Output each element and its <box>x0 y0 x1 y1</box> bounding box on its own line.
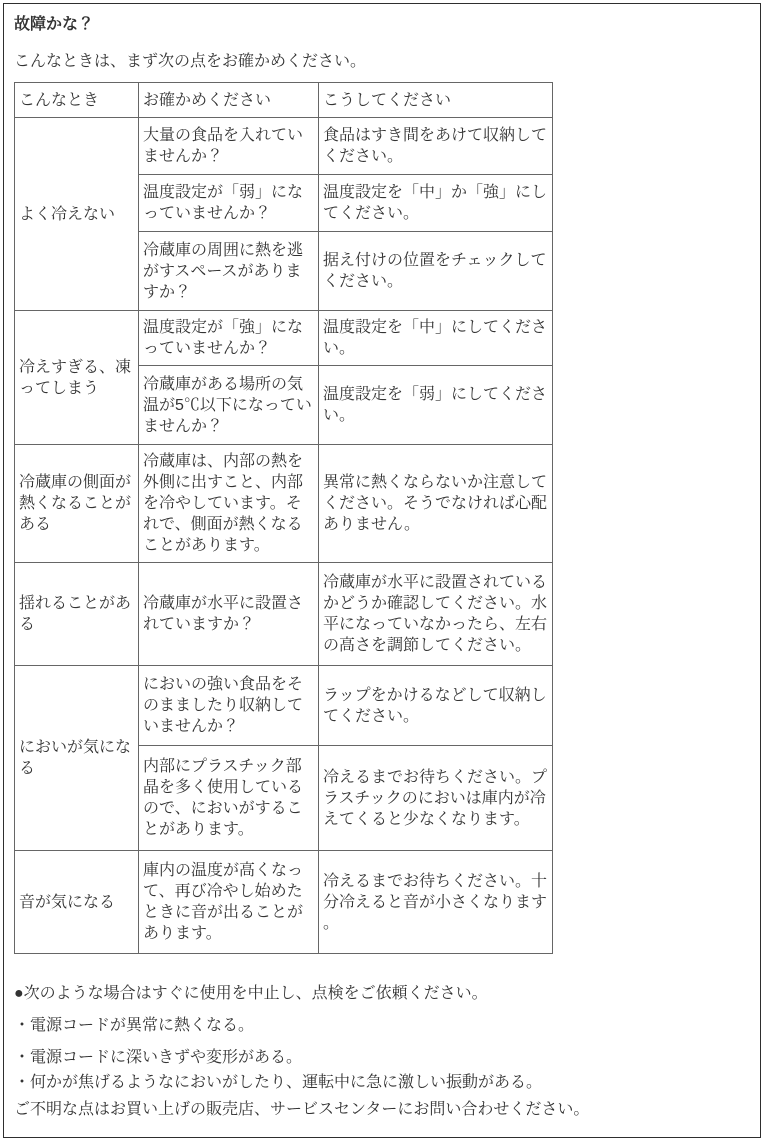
check-cell: 温度設定が「強」になっていませんか？ <box>139 311 319 366</box>
symptom-cell: 冷えすぎる、凍ってしまう <box>15 311 139 445</box>
action-cell: 冷えるまでお待ちください。十分冷えると音が小さくなります。 <box>319 851 553 954</box>
manual-page: 故障かな？ こんなときは、まず次の点をお確かめください。 こんなとき お確かめく… <box>3 3 761 1138</box>
warning-item: ・何かが焦げるようなにおいがしたり、運転中に急に激しい振動がある。 <box>14 1072 754 1093</box>
symptom-cell: 音が気になる <box>15 851 139 954</box>
check-cell: 冷蔵庫がある場所の気温が5℃以下になっていませんか？ <box>139 366 319 445</box>
warning-item: ・電源コードに深いきずや変形がある。 <box>14 1047 754 1068</box>
table-header-row: こんなとき お確かめください こうしてください <box>15 83 553 118</box>
action-cell: 据え付けの位置をチェックしてください。 <box>319 232 553 311</box>
stop-use-warning: ●次のような場合はすぐに使用を中止し、点検をご依頼ください。 <box>14 983 754 1004</box>
page-title: 故障かな？ <box>14 14 754 35</box>
check-cell: においの強い食品をそのまましたり収納していませんか？ <box>139 666 319 746</box>
check-cell: 冷蔵庫は、内部の熱を外側に出すこと、内部を冷やしています。それで、側面が熱くなる… <box>139 445 319 563</box>
check-cell: 大量の食品を入れていませんか？ <box>139 118 319 175</box>
symptom-cell: よく冷えない <box>15 118 139 311</box>
header-action: こうしてください <box>319 83 553 118</box>
action-cell: 異常に熱くならないか注意してください。そうでなければ心配ありません。 <box>319 445 553 563</box>
action-cell: 温度設定を「中」にしてください。 <box>319 311 553 366</box>
action-cell: 温度設定を「中」か「強」にしてください。 <box>319 175 553 232</box>
check-cell: 温度設定が「弱」になっていませんか？ <box>139 175 319 232</box>
check-cell: 庫内の温度が高くなって、再び冷やし始めたときに音が出ることがあります。 <box>139 851 319 954</box>
check-cell: 冷蔵庫が水平に設置されていますか？ <box>139 563 319 666</box>
table-row: 冷蔵庫の側面が熱くなることがある 冷蔵庫は、内部の熱を外側に出すこと、内部を冷や… <box>15 445 553 563</box>
intro-text: こんなときは、まず次の点をお確かめください。 <box>14 51 754 72</box>
action-cell: 冷えるまでお待ちください。プラスチックのにおいは庫内が冷えてくると少なくなります… <box>319 746 553 851</box>
symptom-cell: 揺れることがある <box>15 563 139 666</box>
troubleshooting-table: こんなとき お確かめください こうしてください よく冷えない 大量の食品を入れて… <box>14 82 553 954</box>
header-check: お確かめください <box>139 83 319 118</box>
table-row: 音が気になる 庫内の温度が高くなって、再び冷やし始めたときに音が出ることがありま… <box>15 851 553 954</box>
symptom-cell: 冷蔵庫の側面が熱くなることがある <box>15 445 139 563</box>
contact-note: ご不明な点はお買い上げの販売店、サービスセンターにお問い合わせください。 <box>14 1099 754 1120</box>
action-cell: 食品はすき間をあけて収納してください。 <box>319 118 553 175</box>
action-cell: 温度設定を「弱」にしてください。 <box>319 366 553 445</box>
table-row: においが気になる においの強い食品をそのまましたり収納していませんか？ ラップを… <box>15 666 553 746</box>
action-cell: ラップをかけるなどして収納してください。 <box>319 666 553 746</box>
check-cell: 内部にプラスチック部晶を多く使用しているので、においがすることがあります。 <box>139 746 319 851</box>
table-row: よく冷えない 大量の食品を入れていませんか？ 食品はすき間をあけて収納してくださ… <box>15 118 553 175</box>
table-row: 冷えすぎる、凍ってしまう 温度設定が「強」になっていませんか？ 温度設定を「中」… <box>15 311 553 366</box>
warning-item: ・電源コードが異常に熱くなる。 <box>14 1015 754 1036</box>
check-cell: 冷蔵庫の周囲に熱を逃がすスペースがありますか？ <box>139 232 319 311</box>
symptom-cell: においが気になる <box>15 666 139 851</box>
table-row: 揺れることがある 冷蔵庫が水平に設置されていますか？ 冷蔵庫が水平に設置されてい… <box>15 563 553 666</box>
footer-notes: ●次のような場合はすぐに使用を中止し、点検をご依頼ください。 ・電源コードが異常… <box>14 983 754 1120</box>
header-symptom: こんなとき <box>15 83 139 118</box>
action-cell: 冷蔵庫が水平に設置されているかどうか確認してください。水平になっていなかったら、… <box>319 563 553 666</box>
